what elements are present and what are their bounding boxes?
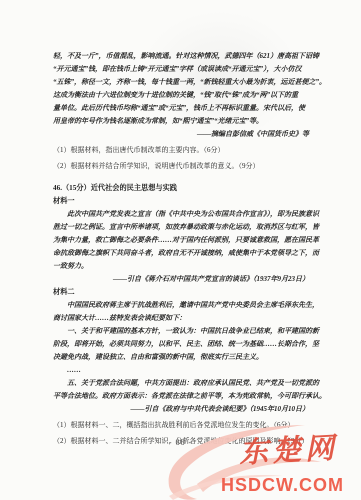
- text-line: “五铢”，称径一文，齐称一钱，每十钱重一两，“新钱轻重大小最为折衷，远近甚便之”…: [53, 76, 311, 89]
- text-line: ……: [53, 364, 311, 377]
- text-line: 中国国民政府蒋主席于抗战胜利后，邀请中国共产党中央委员会主席毛泽东先生，: [53, 299, 311, 312]
- q46-material1-source: ——引自《蒋介石对中国共产党宣言的谈话》（1937年9月23日）: [53, 273, 311, 286]
- q46-material2-paragraph: 中国国民政府蒋主席于抗战胜利后，邀请中国共产党中央委员会主席毛泽东先生，商讨国家…: [53, 299, 311, 403]
- q46-material1-label: 材料一: [53, 195, 311, 208]
- q45-question-1: （1）根据材料，指出唐代币制改革的主要内容。（6分）: [53, 144, 311, 157]
- text-line: “开元通宝”钱，即在钱币上铸“开元通宝”字样（或误读成“开通元宝”），大小仿汉: [53, 63, 311, 76]
- q45-source-citation: ——摘编自彭信威《中国货币史》等: [53, 128, 311, 141]
- text-line: 量单位。此后历代钱币均称“通宝”或“元宝”，钱币上不再标识重量。宋代以后，使: [53, 102, 311, 115]
- q46-heading: 46.（15分）近代社会的民主思想与实践: [53, 182, 311, 195]
- text-line: 一、关于和平建国的基本方针，一致认为：中国抗日战争业已结束，和平建国的新: [53, 325, 311, 338]
- q46-material1-paragraph: 此次中国共产党发表之宣言（指《中共中央为公布国共合作宣言》），即为民族意识胜过一…: [53, 208, 311, 273]
- q45-question-2: （2）根据材料并结合所学知识，说明唐代币制改革的意义。（9分）: [53, 160, 311, 173]
- text-line: 此次中国共产党发表之宣言（指《中共中央为公布国共合作宣言》），即为民族意识: [53, 208, 311, 221]
- site-url-watermark: HSDCW.COM: [221, 475, 344, 496]
- text-line: 为集中力量，救亡御侮之必要条件……对于国内任何派别，只要诚意救国，愿在国民革: [53, 234, 311, 247]
- text-line: 平等合法地位。政府方面表示：各党派在法律之前平等，本为宪政常轨，今可即行承认。: [53, 390, 311, 403]
- text-line: 胜过一切之例证。宣言中所举诸项，如放弃暴动政策与赤化运动，取消苏区与红军，皆: [53, 221, 311, 234]
- text-line: 决避免内战，建设独立、自由和富强的新中国，彻底实行三民主义。: [53, 351, 311, 364]
- q46-material2-source: ——引自《政府与中共代表会谈纪要》（1945年10月10日）: [53, 403, 311, 416]
- text-line: 命抗敌御侮之旗帜下共同奋斗者，政府自无不开诚接纳，咸使集中于本党领导之下，而: [53, 247, 311, 260]
- text-line: 阶段，即将开始，必须共同努力，以和平、民主、团结、统一为基础……长期合作，坚: [53, 338, 311, 351]
- text-line: 这成为衡法由十六进位制变为十进位制的关键，“钱”取代“铢”成为“两”以下的重: [53, 89, 311, 102]
- site-watermark: 东楚网 HSDCW.COM: [133, 422, 361, 500]
- scanned-exam-page: 轻，不及一斤”，币值混乱，影响流通。针对这种情况，武德四年（621）唐高祖下诏铸…: [0, 0, 361, 500]
- page-content: 轻，不及一斤”，币值混乱，影响流通。针对这种情况，武德四年（621）唐高祖下诏铸…: [53, 50, 311, 448]
- text-line: 一致努力。: [53, 260, 311, 273]
- q46-material2-label: 材料二: [53, 286, 311, 299]
- text-line: 商讨国家大计……兹特发表会谈纪要如下：: [53, 312, 311, 325]
- text-line: 用皇帝的年号作为钱名逐渐成为常制，如“熙宁通宝”“光绪元宝”等。: [53, 115, 311, 128]
- text-line: 轻，不及一斤”，币值混乱，影响流通。针对这种情况，武德四年（621）唐高祖下诏铸: [53, 50, 311, 63]
- q45-material-paragraph: 轻，不及一斤”，币值混乱，影响流通。针对这种情况，武德四年（621）唐高祖下诏铸…: [53, 50, 311, 128]
- text-line: 五、关于党派合法问题，中共方面提出：政府应承认国民党、共产党及一切党派的: [53, 377, 311, 390]
- site-name-watermark: 东楚网: [238, 431, 339, 468]
